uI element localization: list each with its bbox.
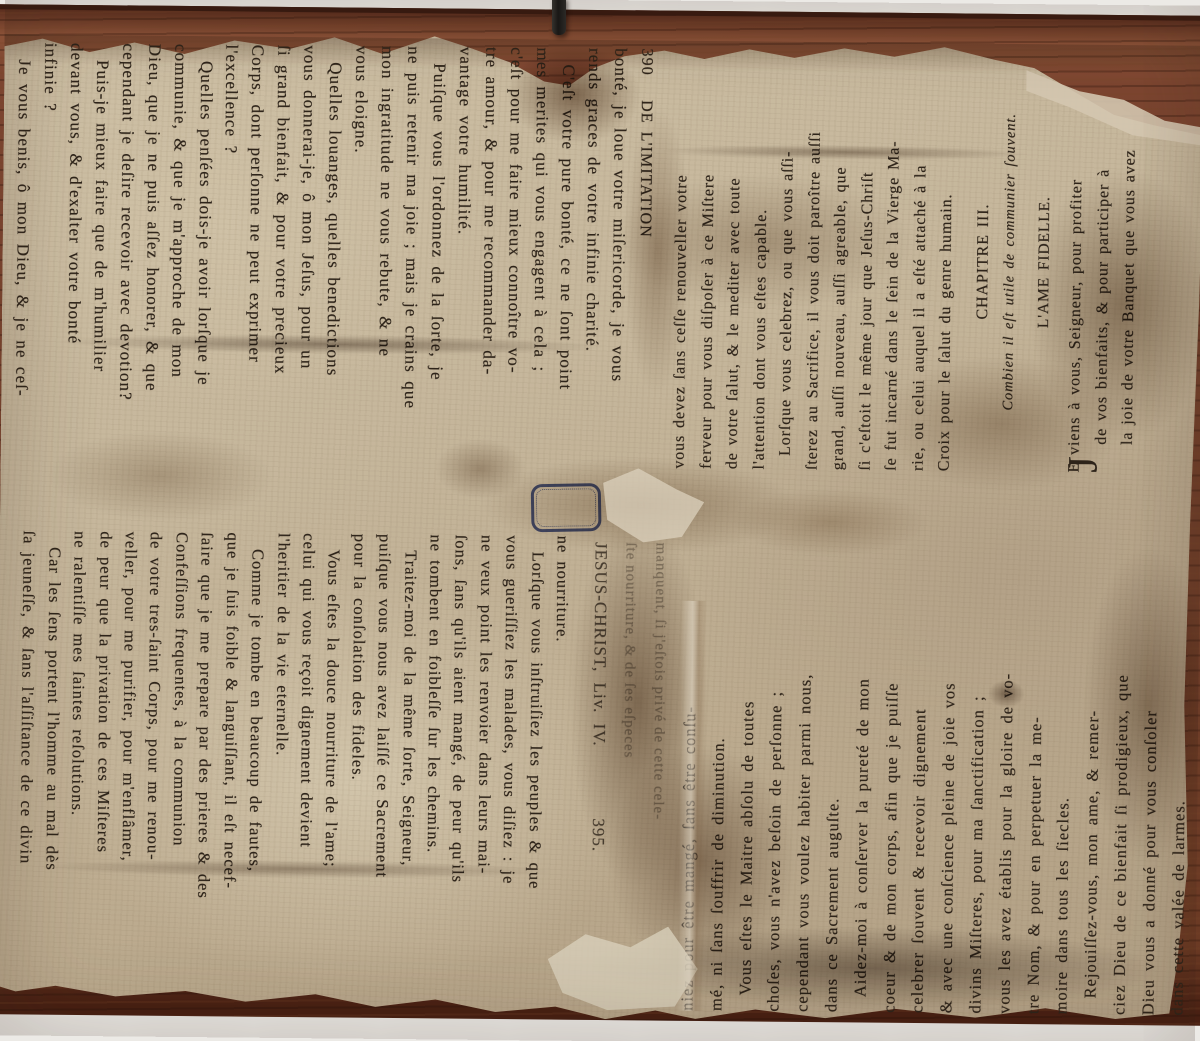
text-line: manquent, ſi j'eſtois privé de cette cel… <box>641 542 675 992</box>
text-line: ſi c'eſtoit le même jour que Jeſus-Chriſ… <box>852 50 883 470</box>
page-394: ne nourriture. Lorſque vous inſtruiſiez … <box>9 530 575 999</box>
board-scene: 390 DE L'IMITATION bonté, je loue votre … <box>0 0 1200 1041</box>
text-line: que je ſuis foible & languiſſant, il eſt… <box>216 532 246 996</box>
text-line: Vous eſtes la douce nourriture de l'ame; <box>317 533 347 997</box>
text-line: Traitez-moi de la même ſorte, Seigneur, <box>394 534 424 998</box>
text-line: devant vous, & d'exalter votre bonté <box>59 43 89 495</box>
photo-old-book-board: 390 DE L'IMITATION bonté, je loue votre … <box>0 0 1200 1041</box>
text-line: Puis-je mieux faire que de m'humilier <box>85 43 115 495</box>
text-line: coeur & de mon corps, afin que je puiſſe <box>875 547 908 1013</box>
text-line: ne tombent en foibleſſe ſur les chemins. <box>419 534 449 998</box>
text-line: mon ingratitude ne vous rebute, & ne <box>370 46 400 498</box>
text-line: ſte nourriture, & de ſes eſpeces <box>611 542 645 992</box>
text-line: ſons, ſans qu'ils aient mangé, de peur q… <box>444 535 474 999</box>
text-line: de peur que la privation de ces Miſteres <box>89 531 119 995</box>
text-line: Dieu vous a donné pour vous conſoler <box>1134 549 1167 1015</box>
text-line: E viens à vous, Seigneur, pour profiter <box>1061 52 1092 472</box>
text-line: Comme je tombe en beaucoup de fautes, <box>241 533 271 997</box>
vertical-tear-edge <box>677 601 707 1011</box>
faint-fragments: manquent, ſi j'eſtois privé de cette cel… <box>611 542 675 993</box>
text-line: & avec une conſcience pleine de joie vos <box>932 547 965 1013</box>
text-line: celebrer ſouvent & recevoir dignement <box>904 547 937 1013</box>
text-line: cependant vous voulez habiter parmi nous… <box>788 546 821 1012</box>
drop-cap: J <box>1063 456 1103 473</box>
text-line: l'excellence ? <box>215 44 245 496</box>
text-line: de votre ſalut, & le mediter avec toute <box>719 49 750 469</box>
text-line: Car les ſens portent l'homme au mal dès <box>38 531 68 995</box>
page-395-header-strip: manquent, ſi j'eſtois privé de cette cel… <box>573 542 675 993</box>
metal-pin <box>552 0 566 35</box>
text-line: Aidez-moi à conſerver la pureté de mon <box>846 546 879 1012</box>
text-line: communie, & que je m'approche de mon <box>163 44 193 496</box>
text-line: de votre tres-ſaint Corps, pour me renou… <box>140 532 170 996</box>
text-line: puiſque vous nous avez laiſſé ce Sacreme… <box>368 534 398 998</box>
text-line: c'eſt pour me faire mieux connoître vo- <box>500 47 530 499</box>
text-line: rie, ou celui auquel il a eſté attaché à… <box>905 51 936 471</box>
text-line: vous devez ſans ceſſe renouveller votre <box>666 49 697 469</box>
text-line: tre amour, & pour me recommander da- <box>474 47 504 499</box>
text-line: divins Miſteres, pour ma ſanctification … <box>961 548 994 1014</box>
text-line: ſaire que je me prepare par des prieres … <box>190 532 220 996</box>
text-line: Vous eſtes le Maitre abſolu de toutes <box>731 545 764 1011</box>
text-line: ne puis retenir ma joie ; mais je crains… <box>396 46 426 498</box>
page-body: niez pour être mangé, ſans être conſu-mé… <box>673 545 1196 1016</box>
page-390: 390 DE L'IMITATION bonté, je loue votre … <box>9 42 659 500</box>
text-line: ciez Dieu de ce bienfait ſi prodigieux, … <box>1105 549 1138 1015</box>
page-395: niez pour être mangé, ſans être conſu-mé… <box>673 545 1200 1016</box>
text-line: ne ralentiſſe mes ſaintes reſolutions. <box>63 531 93 995</box>
text-line: mes merites qui vous engagent à cela ; <box>526 47 556 499</box>
text-line: l'heritier de la vie eternelle. <box>267 533 297 997</box>
page-body: vous devez ſans ceſſe renouveller votref… <box>666 49 962 472</box>
text-line: ferveur pour vous diſpoſer à ce Miſtere <box>693 49 724 469</box>
text-line: ſi grand bienfait, & pour votre precieux <box>267 45 297 497</box>
page-body: ne nourriture. Lorſque vous inſtruiſiez … <box>12 530 575 999</box>
text-line: Lorſque vous inſtruiſiez les peuples & q… <box>521 535 551 999</box>
text-line: Quelles penſées dois-je avoir lorſque je <box>189 44 219 496</box>
running-header: 390 DE L'IMITATION <box>629 48 659 500</box>
text-line: ne veux point les renvoier dans leurs ma… <box>470 535 500 999</box>
text-line: dans cette valée de larmes. <box>1163 549 1196 1015</box>
text-line: choſes, vous n'avez beſoin de perſonne ; <box>760 546 793 1012</box>
text-line: Lorſque vous celebrez, ou que vous aſſi- <box>772 50 803 470</box>
text-line: Dieu, que je ne puis aſſez honorer, & qu… <box>137 44 167 496</box>
collection-stamp <box>531 483 602 532</box>
text-line: Rejouiſſez-vous, mon ame, & remer- <box>1076 549 1109 1015</box>
chapter-subtitle: Combien il eſt utile de communier ſouven… <box>994 52 1025 472</box>
text-line: vous les avez établis pour la gloire de … <box>990 548 1023 1014</box>
text-line: ſterez au Sacrifice, il vous doit paroît… <box>799 50 830 470</box>
text-line: vantage votre humilité. <box>448 47 478 499</box>
text-line: vous donnerai-je, ô mon Jeſus, pour un <box>293 45 323 497</box>
text-line: Je vous benis, ô mon Dieu, & je ne ceſ- <box>8 42 38 494</box>
chapter-heading: CHAPITRE III. <box>968 52 999 472</box>
text-line: infinie ? <box>33 43 63 495</box>
page-body: bonté, je loue votre miſericorde, je vou… <box>8 42 634 500</box>
text-line: cependant je deſire recevoir avec devoti… <box>111 43 141 495</box>
text-line: Croix pour le ſalut du genre humain. <box>931 51 962 471</box>
section-heading: L'AME FIDELLE. <box>1029 52 1060 472</box>
text-line: celui qui vous reçoit dignement devient <box>292 533 322 997</box>
text-line: tre Nom, & pour en perpetuer la me- <box>1019 548 1052 1014</box>
text-line: rends graces de votre infinie charité. <box>577 48 607 500</box>
text-line: C'eſt votre pure bonté, ce ne ſont point <box>552 48 582 500</box>
text-line: vous gueriſſiez les malades, vous diſiez… <box>495 535 525 999</box>
text-line: bonté, je loue votre miſericorde, je vou… <box>603 48 633 500</box>
text-line: Quelles louanges, quelles benedictions <box>318 45 348 497</box>
text-line: Puiſque vous l'ordonnez de la ſorte, je <box>422 46 452 498</box>
running-header: JESUS-CHRIST, Liv. IV. 395. <box>581 542 615 992</box>
text-line: pour la conſolation des fideles. <box>343 534 373 998</box>
text-line: l'attention dont vous eſtes capable. <box>746 49 777 469</box>
text-line: vous eloigne. <box>344 46 374 498</box>
text-line: ſe fut incarné dans le ſein de la Vierge… <box>878 51 909 471</box>
text-line: dans ce Sacrement auguſte. <box>817 546 850 1012</box>
text-line: Corps, dont perſonne ne peut exprimer <box>241 45 271 497</box>
text-line: Confeſſions frequentes, à la communion <box>165 532 195 996</box>
text-line: moire dans tous les ſiecles. <box>1048 548 1081 1014</box>
text-line: veller, pour me purifier, pour m'enflâme… <box>114 531 144 995</box>
text-line: ſa jeuneſſe, & ſans l'aſſiſtance de ce d… <box>12 530 42 994</box>
text-line: grand, auſſi nouveau, auſſi agreable, qu… <box>825 50 856 470</box>
text-line: ne nourriture. <box>546 536 576 1000</box>
